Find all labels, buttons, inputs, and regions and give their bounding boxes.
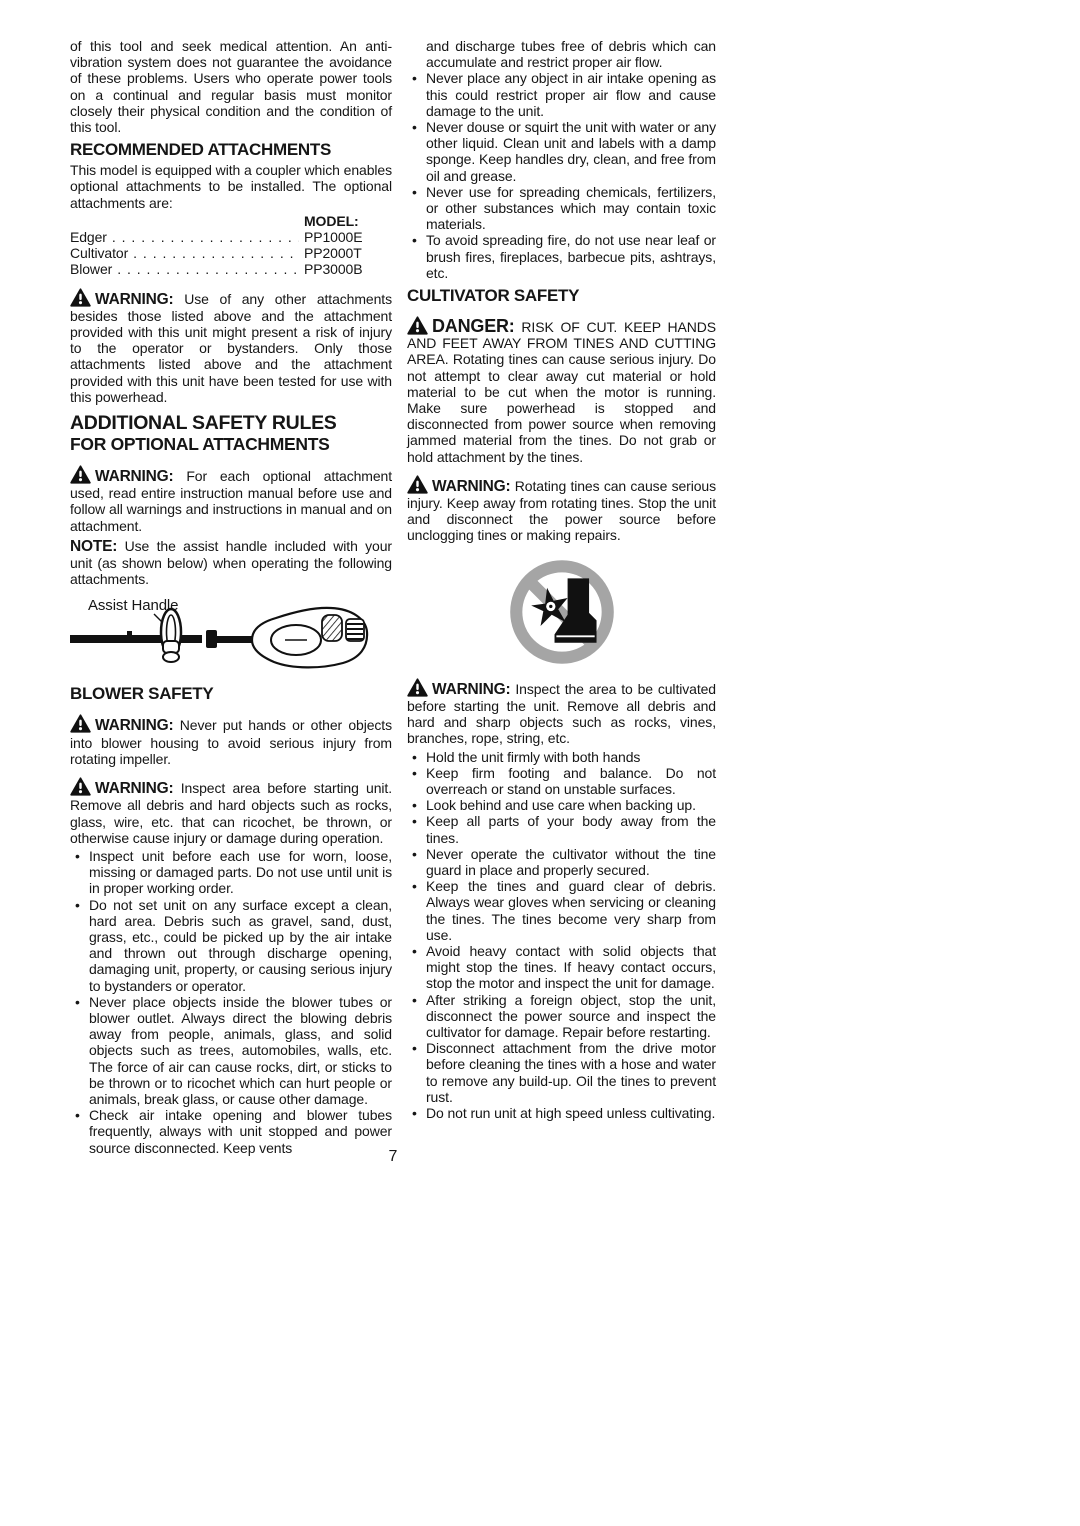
list-item: Never douse or squirt the unit with wate…	[407, 119, 716, 184]
manual-page: of this tool and seek medical attention.…	[0, 0, 1080, 1526]
list-item: Disconnect attachment from the drive mot…	[407, 1040, 716, 1105]
model-column-header: MODEL:	[304, 213, 392, 229]
list-item: Inspect unit before each use for worn, l…	[70, 848, 392, 897]
page-number: 7	[70, 1148, 716, 1166]
attachment-name: Cultivator	[70, 245, 128, 261]
warning-triangle-icon	[70, 465, 91, 484]
list-item: Keep all parts of your body away from th…	[407, 813, 716, 845]
coupler	[206, 630, 217, 648]
note-label: NOTE:	[70, 538, 117, 555]
recommended-attachments-heading: RECOMMENDED ATTACHMENTS	[70, 140, 392, 160]
list-item: Avoid heavy contact with solid objects t…	[407, 943, 716, 992]
keep-feet-away-pictogram	[407, 556, 716, 668]
warning-blower-inspect-area: WARNING: Inspect area before starting un…	[70, 777, 392, 846]
note-paragraph: NOTE: Use the assist handle included wit…	[70, 538, 392, 588]
attachment-row-blower: Blower PP3000B	[70, 261, 392, 277]
warning-triangle-icon	[70, 714, 91, 733]
list-item: Do not set unit on any surface except a …	[70, 897, 392, 994]
attachment-row-edger: Edger PP1000E	[70, 229, 392, 245]
list-item: After striking a foreign object, stop th…	[407, 992, 716, 1041]
danger-label: DANGER:	[432, 316, 515, 336]
right-column: and discharge tubes free of debris which…	[407, 38, 716, 1156]
left-column: of this tool and seek medical attention.…	[70, 38, 392, 1156]
dot-leader	[133, 245, 299, 261]
list-item: Never place objects inside the blower tu…	[70, 994, 392, 1107]
attachment-model: PP1000E	[304, 229, 392, 245]
list-item: Never place any object in air intake ope…	[407, 70, 716, 119]
list-item: Never use for spreading chemicals, ferti…	[407, 184, 716, 233]
list-item: To avoid spreading fire, do not use near…	[407, 232, 716, 281]
list-item: Do not run unit at high speed unless cul…	[407, 1105, 716, 1121]
for-optional-attachments-heading: FOR OPTIONAL ATTACHMENTS	[70, 434, 392, 455]
list-item: Never operate the cultivator without the…	[407, 846, 716, 878]
attachments-table-header-row: MODEL:	[70, 213, 392, 229]
list-item: Look behind and use care when backing up…	[407, 797, 716, 813]
trimmer-illustration: Assist Handle	[70, 595, 392, 679]
note-text: Use the assist handle included with your…	[70, 538, 392, 587]
warning-other-attachments: WARNING: Use of any other attachments be…	[70, 288, 392, 405]
warning-triangle-icon	[407, 678, 428, 697]
warning-optional-attachments: WARNING: For each optional attachment us…	[70, 465, 392, 534]
additional-safety-rules-heading: ADDITIONAL SAFETY RULES	[70, 412, 392, 434]
recommended-attachments-body: This model is equipped with a coupler wh…	[70, 162, 392, 211]
continuation-paragraph: and discharge tubes free of debris which…	[407, 38, 716, 70]
warning-rotating-tines: WARNING: Rotating tines can cause seriou…	[407, 475, 716, 544]
list-item: Keep firm footing and balance. Do not ov…	[407, 765, 716, 797]
attachments-table: MODEL: Edger PP1000E Cultivator PP2000T …	[70, 213, 392, 278]
attachment-name: Edger	[70, 229, 107, 245]
warning-text: Use of any other attachments besides tho…	[70, 291, 392, 405]
list-item: Keep the tines and guard clear of debris…	[407, 878, 716, 943]
warning-blower-impeller: WARNING: Never put hands or other object…	[70, 714, 392, 767]
warning-label: WARNING:	[95, 780, 173, 797]
attachment-model: PP2000T	[304, 245, 392, 261]
attachment-row-cultivator: Cultivator PP2000T	[70, 245, 392, 261]
danger-risk-of-cut: DANGER: RISK OF CUT. KEEP HANDS AND FEET…	[407, 316, 716, 465]
warning-triangle-icon	[70, 288, 91, 307]
blower-safety-heading: BLOWER SAFETY	[70, 684, 392, 704]
shaft	[70, 635, 202, 643]
warning-triangle-icon	[407, 475, 428, 494]
cultivator-safety-heading: CULTIVATOR SAFETY	[407, 286, 716, 306]
page-content: of this tool and seek medical attention.…	[70, 38, 716, 1156]
warning-label: WARNING:	[95, 291, 173, 308]
danger-text: Rotating tines can cause serious injury.…	[407, 351, 716, 464]
attachment-name: Blower	[70, 261, 112, 277]
list-item: Hold the unit firmly with both hands	[407, 749, 716, 765]
warning-inspect-cultivation-area: WARNING: Inspect the area to be cultivat…	[407, 678, 716, 747]
grip-hatch	[322, 615, 342, 641]
attachment-model: PP3000B	[304, 261, 392, 277]
dot-leader	[112, 229, 299, 245]
intro-paragraph: of this tool and seek medical attention.…	[70, 38, 392, 135]
assist-handle-label: Assist Handle	[88, 597, 178, 614]
dot-leader	[117, 261, 299, 277]
prohibition-icon	[506, 556, 618, 668]
warning-label: WARNING:	[95, 717, 173, 734]
warning-triangle-icon	[407, 316, 428, 335]
warning-label: WARNING:	[95, 468, 173, 485]
warning-triangle-icon	[70, 777, 91, 796]
warning-label: WARNING:	[432, 478, 510, 495]
warning-label: WARNING:	[432, 681, 510, 698]
